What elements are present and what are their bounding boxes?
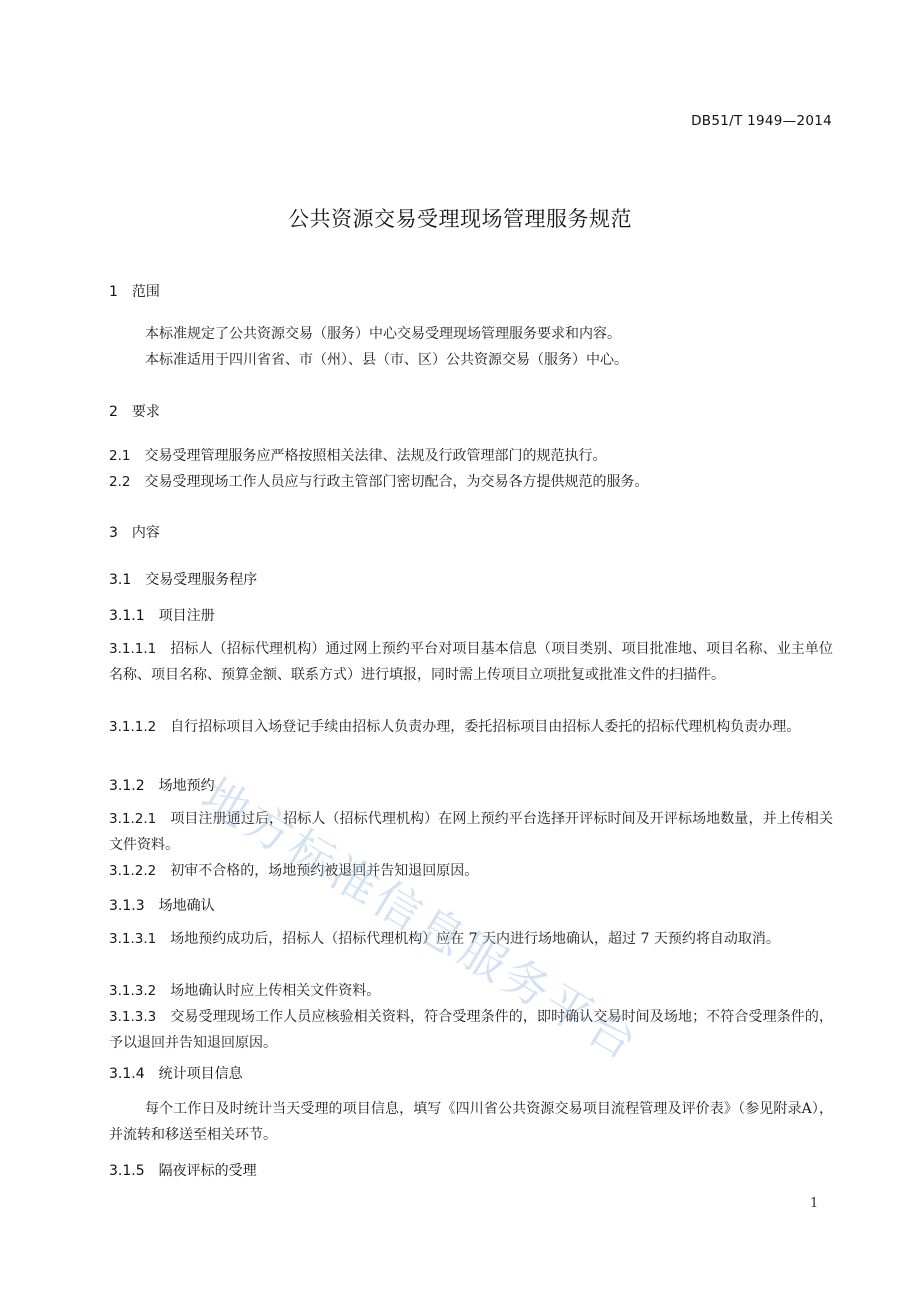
section-number: 3.1.4 <box>109 1066 145 1082</box>
clause-3-1-2-1: 3.1.2.1项目注册通过后，招标人（招标代理机构）在网上预约平台选择开评标时间… <box>109 806 833 858</box>
clause-number: 3.1.3.3 <box>109 1009 156 1025</box>
section-heading-scope: 1范围 <box>109 281 160 301</box>
section-title: 要求 <box>132 404 160 420</box>
section-title: 统计项目信息 <box>159 1066 243 1082</box>
clause-number: 2.2 <box>109 474 130 490</box>
clause-number: 2.1 <box>109 448 130 464</box>
clause-text: 交易受理现场工作人员应核验相关资料，符合受理条件的，即时确认交易时间及场地；不符… <box>109 1009 833 1051</box>
section-number: 3.1.5 <box>109 1163 145 1179</box>
section-number: 3.1 <box>109 572 131 588</box>
clause-3-1-3-2: 3.1.3.2场地确认时应上传相关文件资料。 <box>109 978 833 1004</box>
standard-code: DB51/T 1949—2014 <box>691 113 832 129</box>
heading-3-1-5: 3.1.5隔夜评标的受理 <box>109 1160 257 1180</box>
paragraph-scope-2: 本标准适用于四川省省、市（州）、县（市、区）公共资源交易（服务）中心。 <box>109 347 833 373</box>
section-title: 隔夜评标的受理 <box>159 1163 257 1179</box>
section-number: 3 <box>109 525 118 541</box>
section-heading-content: 3内容 <box>109 522 160 542</box>
page-number: 1 <box>810 1196 818 1211</box>
clause-text: 交易受理现场工作人员应与行政主管部门密切配合，为交易各方提供规范的服务。 <box>144 474 648 490</box>
clause-number: 3.1.2.2 <box>109 863 156 879</box>
heading-3-1-3: 3.1.3场地确认 <box>109 895 215 915</box>
document-title: 公共资源交易受理现场管理服务规范 <box>0 203 920 233</box>
clause-number: 3.1.3.2 <box>109 983 156 999</box>
clause-number: 3.1.3.1 <box>109 931 156 947</box>
clause-number: 3.1.2.1 <box>109 811 156 827</box>
heading-3-1-4: 3.1.4统计项目信息 <box>109 1063 243 1083</box>
clause-text: 项目注册通过后，招标人（招标代理机构）在网上预约平台选择开评标时间及开评标场地数… <box>109 811 833 853</box>
clause-text: 交易受理管理服务应严格按照相关法律、法规及行政管理部门的规范执行。 <box>144 448 606 464</box>
clause-3-1-3-1: 3.1.3.1场地预约成功后，招标人（招标代理机构）应在 7 天内进行场地确认，… <box>109 926 833 952</box>
section-number: 3.1.3 <box>109 898 145 914</box>
clause-text: 自行招标项目入场登记手续由招标人负责办理，委托招标项目由招标人委托的招标代理机构… <box>170 719 800 735</box>
section-number: 3.1.1 <box>109 608 145 624</box>
section-title: 场地预约 <box>159 778 215 794</box>
section-title: 范围 <box>132 284 160 300</box>
clause-number: 3.1.1.1 <box>109 641 156 657</box>
heading-3-1-2: 3.1.2场地预约 <box>109 775 215 795</box>
clause-text: 场地预约成功后，招标人（招标代理机构）应在 7 天内进行场地确认，超过 7 天预… <box>170 931 780 947</box>
clause-3-1-1-2: 3.1.1.2自行招标项目入场登记手续由招标人负责办理，委托招标项目由招标人委托… <box>109 714 833 740</box>
clause-number: 3.1.1.2 <box>109 719 156 735</box>
paragraph-statistics: 每个工作日及时统计当天受理的项目信息，填写《四川省公共资源交易项目流程管理及评价… <box>109 1096 833 1148</box>
section-heading-requirements: 2要求 <box>109 401 160 421</box>
clause-3-1-3-3: 3.1.3.3交易受理现场工作人员应核验相关资料，符合受理条件的，即时确认交易时… <box>109 1004 833 1056</box>
paragraph-scope-1: 本标准规定了公共资源交易（服务）中心交易受理现场管理服务要求和内容。 <box>109 321 833 347</box>
clause-3-1-1-1: 3.1.1.1招标人（招标代理机构）通过网上预约平台对项目基本信息（项目类别、项… <box>109 636 833 688</box>
clause-2-1: 2.1交易受理管理服务应严格按照相关法律、法规及行政管理部门的规范执行。 <box>109 443 833 469</box>
section-title: 项目注册 <box>159 608 215 624</box>
clause-text: 初审不合格的，场地预约被退回并告知退回原因。 <box>170 863 478 879</box>
section-title: 内容 <box>132 525 160 541</box>
heading-3-1-1: 3.1.1项目注册 <box>109 605 215 625</box>
section-title: 场地确认 <box>159 898 215 914</box>
clause-3-1-2-2: 3.1.2.2初审不合格的，场地预约被退回并告知退回原因。 <box>109 858 833 884</box>
heading-3-1: 3.1交易受理服务程序 <box>109 569 257 589</box>
section-number: 2 <box>109 404 118 420</box>
clause-text: 招标人（招标代理机构）通过网上预约平台对项目基本信息（项目类别、项目批准地、项目… <box>109 641 833 683</box>
clause-text: 场地确认时应上传相关文件资料。 <box>170 983 380 999</box>
section-title: 交易受理服务程序 <box>145 572 257 588</box>
section-number: 1 <box>109 284 118 300</box>
clause-2-2: 2.2交易受理现场工作人员应与行政主管部门密切配合，为交易各方提供规范的服务。 <box>109 469 833 495</box>
document-page: DB51/T 1949—2014 公共资源交易受理现场管理服务规范 1范围 本标… <box>0 0 920 1302</box>
section-number: 3.1.2 <box>109 778 145 794</box>
